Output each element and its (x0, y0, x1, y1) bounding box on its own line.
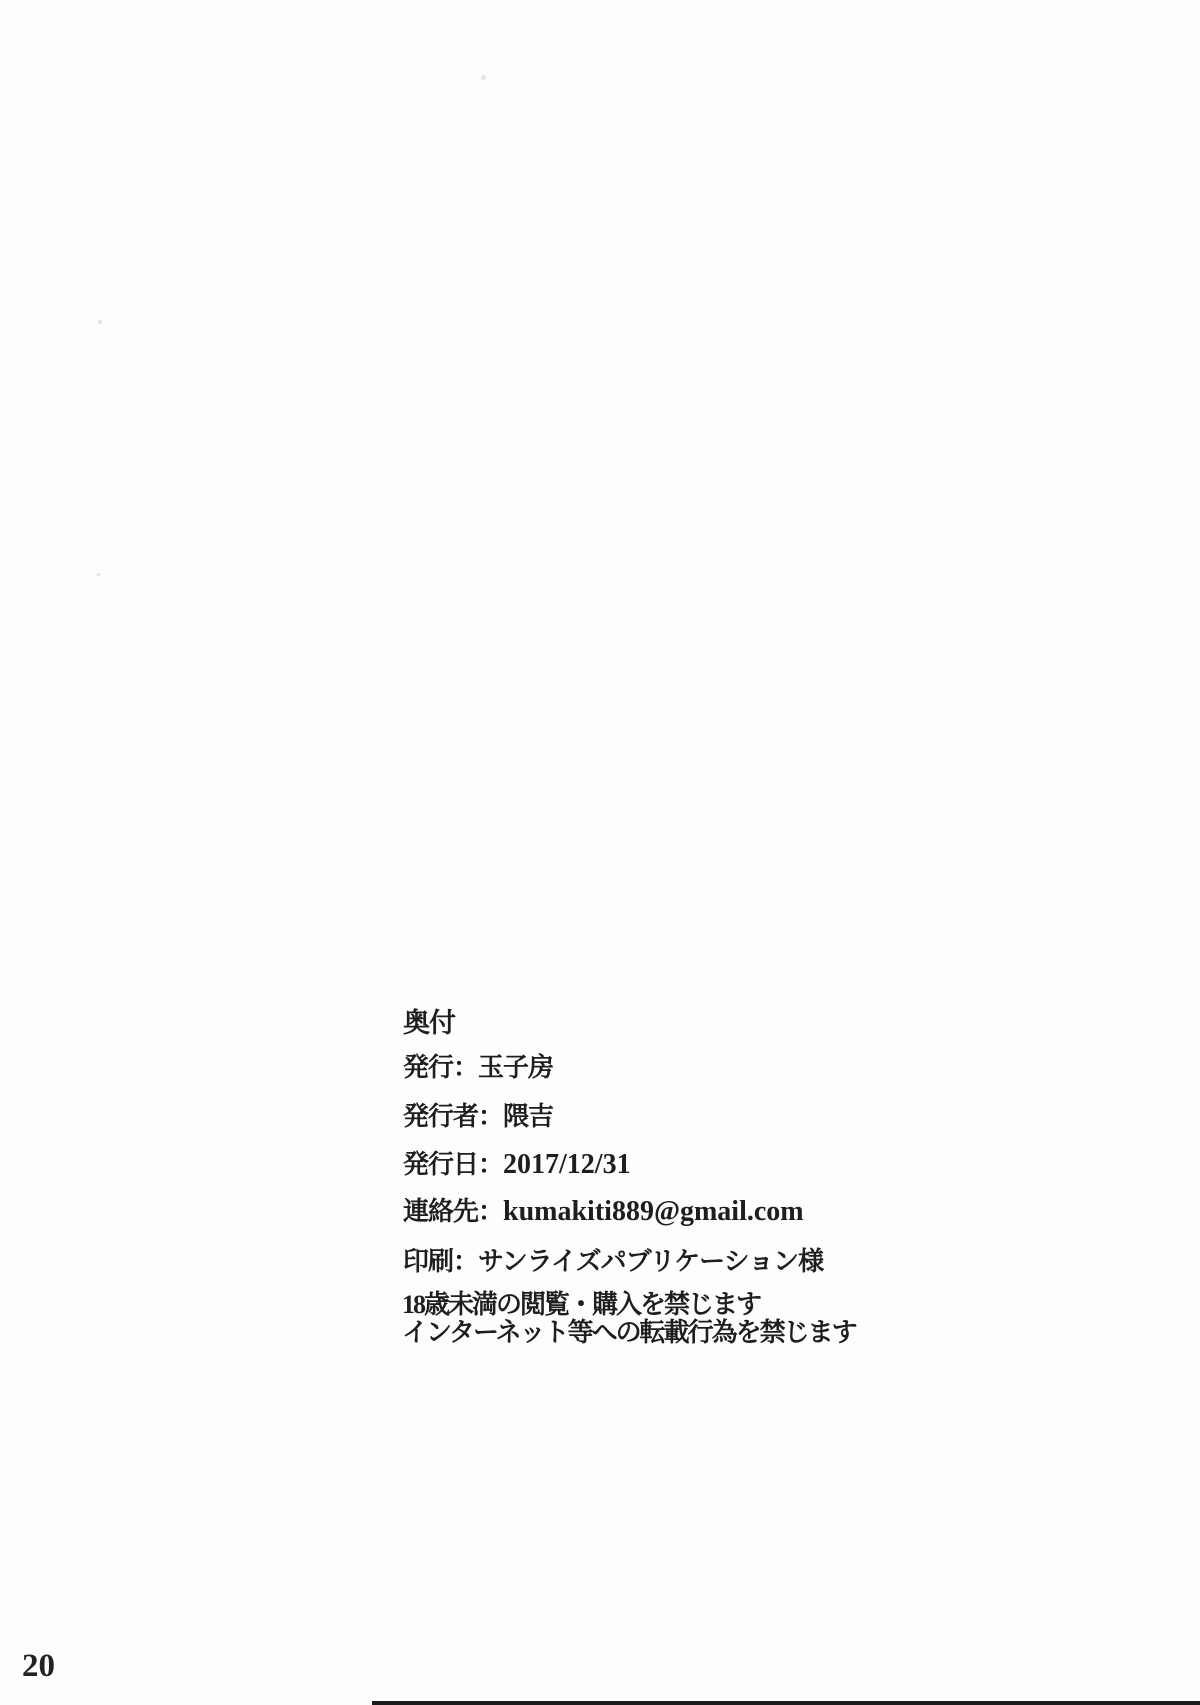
scan-speck (97, 573, 100, 576)
page-number: 20 (22, 1648, 55, 1685)
author-label: 発行者： (403, 1101, 503, 1131)
scan-speck (481, 75, 486, 80)
bottom-edge-scan-artifact (372, 1701, 1200, 1705)
author-row: 発行者：隈吉 (403, 1096, 553, 1133)
contact-row: 連絡先：kumakiti889@gmail.com (403, 1191, 804, 1228)
scanned-colophon-page: 奥付 発行：玉子房 発行者：隈吉 発行日：2017/12/31 連絡先：kuma… (0, 0, 1200, 1705)
colophon-block: 奥付 発行：玉子房 発行者：隈吉 発行日：2017/12/31 連絡先：kuma… (403, 1001, 1043, 1361)
publish-date-row: 発行日：2017/12/31 (403, 1144, 631, 1181)
printer-label: 印刷： (403, 1246, 478, 1276)
colophon-title: 奥付 (403, 1001, 455, 1040)
publish-date-value: 2017/12/31 (503, 1149, 631, 1180)
author-value: 隈吉 (503, 1101, 553, 1131)
contact-label: 連絡先： (403, 1196, 503, 1226)
publisher-value: 玉子房 (478, 1052, 553, 1082)
repost-prohibition-notice: インターネット等への転載行為を禁じます (402, 1312, 856, 1349)
publish-date-label: 発行日： (403, 1149, 503, 1179)
scan-speck (98, 320, 102, 324)
printer-row: 印刷：サンライズパブリケーション様 (403, 1241, 823, 1278)
printer-value: サンライズパブリケーション様 (478, 1246, 823, 1276)
contact-email-value: kumakiti889@gmail.com (503, 1196, 804, 1227)
publisher-row: 発行：玉子房 (403, 1047, 553, 1084)
publisher-label: 発行： (403, 1052, 478, 1082)
